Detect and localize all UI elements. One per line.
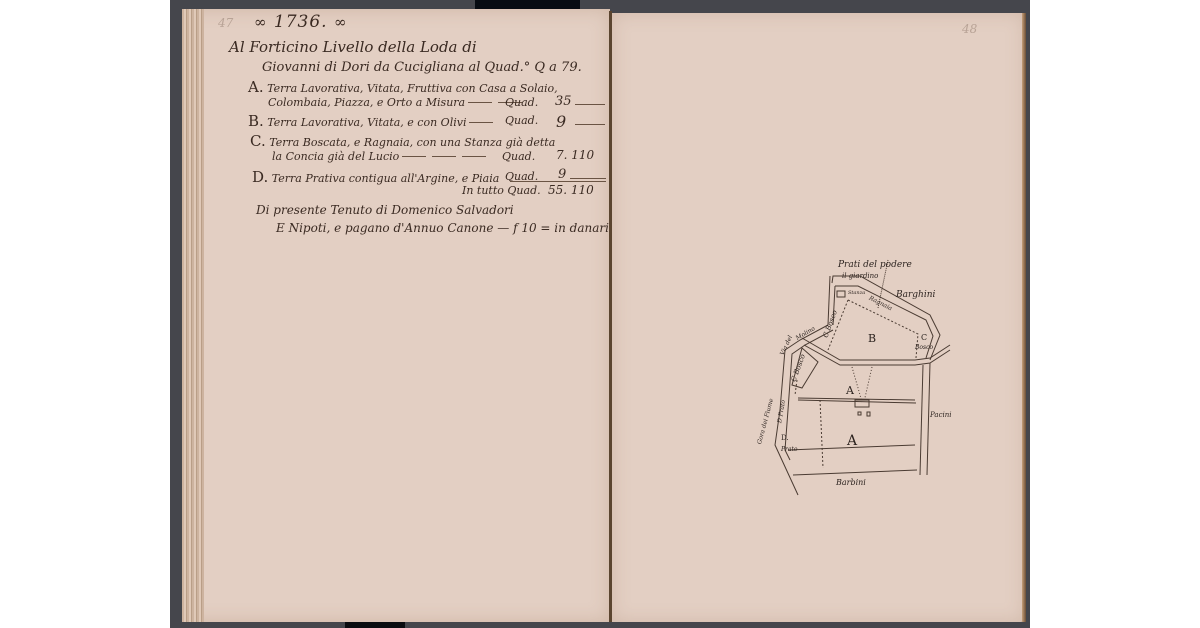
entry-letter: C.: [250, 132, 266, 150]
map-label-c-right: C: [921, 333, 927, 342]
map-label-prati: Prati del podere: [838, 260, 912, 270]
entry-a-line-2: Colombaia, Piazza, e Orto a Misura: [268, 96, 525, 109]
map-label-barghini: Barghini: [896, 290, 935, 300]
flourish-ornament: ∞: [254, 13, 268, 31]
map-label-pacini: Pacini: [930, 411, 951, 419]
map-label-barbini: Barbini: [836, 478, 866, 487]
fore-edge: [1022, 13, 1026, 622]
total-value: 55. 110: [548, 183, 594, 197]
entry-c-line-1: C. Terra Boscata, e Ragnaia, con una Sta…: [250, 132, 555, 150]
map-drawing: [740, 250, 970, 510]
map-label-field-a-lower: A: [847, 433, 857, 449]
entry-b-value: 9: [556, 112, 566, 131]
map-label-prato: Prato: [781, 446, 798, 453]
entry-c-line-2: la Concia già del Lucio: [272, 150, 489, 163]
entry-c-value: 7. 110: [556, 148, 594, 162]
total-underline: [510, 181, 606, 182]
date-heading: ∞ 1736. ∞: [254, 12, 347, 32]
title-line-2: Giovanni di Dori da Cucigliana al Quad.°…: [262, 60, 582, 75]
flourish-ornament: ∞: [334, 13, 348, 31]
map-label-field-b: B: [868, 332, 876, 345]
entry-letter: B.: [248, 112, 264, 130]
title-line-1: Al Forticino Livello della Loda di: [229, 38, 477, 56]
map-label-field-a-upper: A: [846, 384, 854, 397]
folio-number-right: 48: [962, 22, 977, 36]
map-label-d: D.: [781, 434, 789, 442]
entry-c-unit: Quad.: [502, 150, 535, 163]
entry-a-unit: Quad.: [505, 96, 538, 109]
entry-a-value: 35: [555, 94, 572, 109]
entry-b-line-1: B. Terra Lavorativa, Vitata, e con Olivi: [248, 112, 496, 130]
stacked-page-edges: [182, 9, 204, 622]
entry-letter: A.: [248, 78, 264, 96]
map-label-bosco-right: Bosco: [915, 344, 933, 351]
entry-letter: D.: [252, 168, 268, 186]
entry-b-unit: Quad.: [505, 114, 538, 127]
total-line: In tutto Quad.: [462, 184, 541, 197]
map-label-giardino: il giardino: [842, 272, 878, 280]
entry-a-line-1: A. Terra Lavorativa, Vitata, Fruttiva co…: [248, 78, 558, 96]
date-text: 1736.: [274, 12, 328, 32]
footer-line-1: Di presente Tenuto di Domenico Salvadori: [256, 203, 514, 217]
map-label-stanza: Stanza: [848, 290, 865, 296]
book-gutter: [609, 11, 612, 622]
footer-line-2: E Nipoti, e pagano d'Annuo Canone — f 10…: [276, 221, 609, 235]
entry-d-value: 9: [558, 167, 566, 182]
folio-number-left: 47: [218, 16, 233, 30]
